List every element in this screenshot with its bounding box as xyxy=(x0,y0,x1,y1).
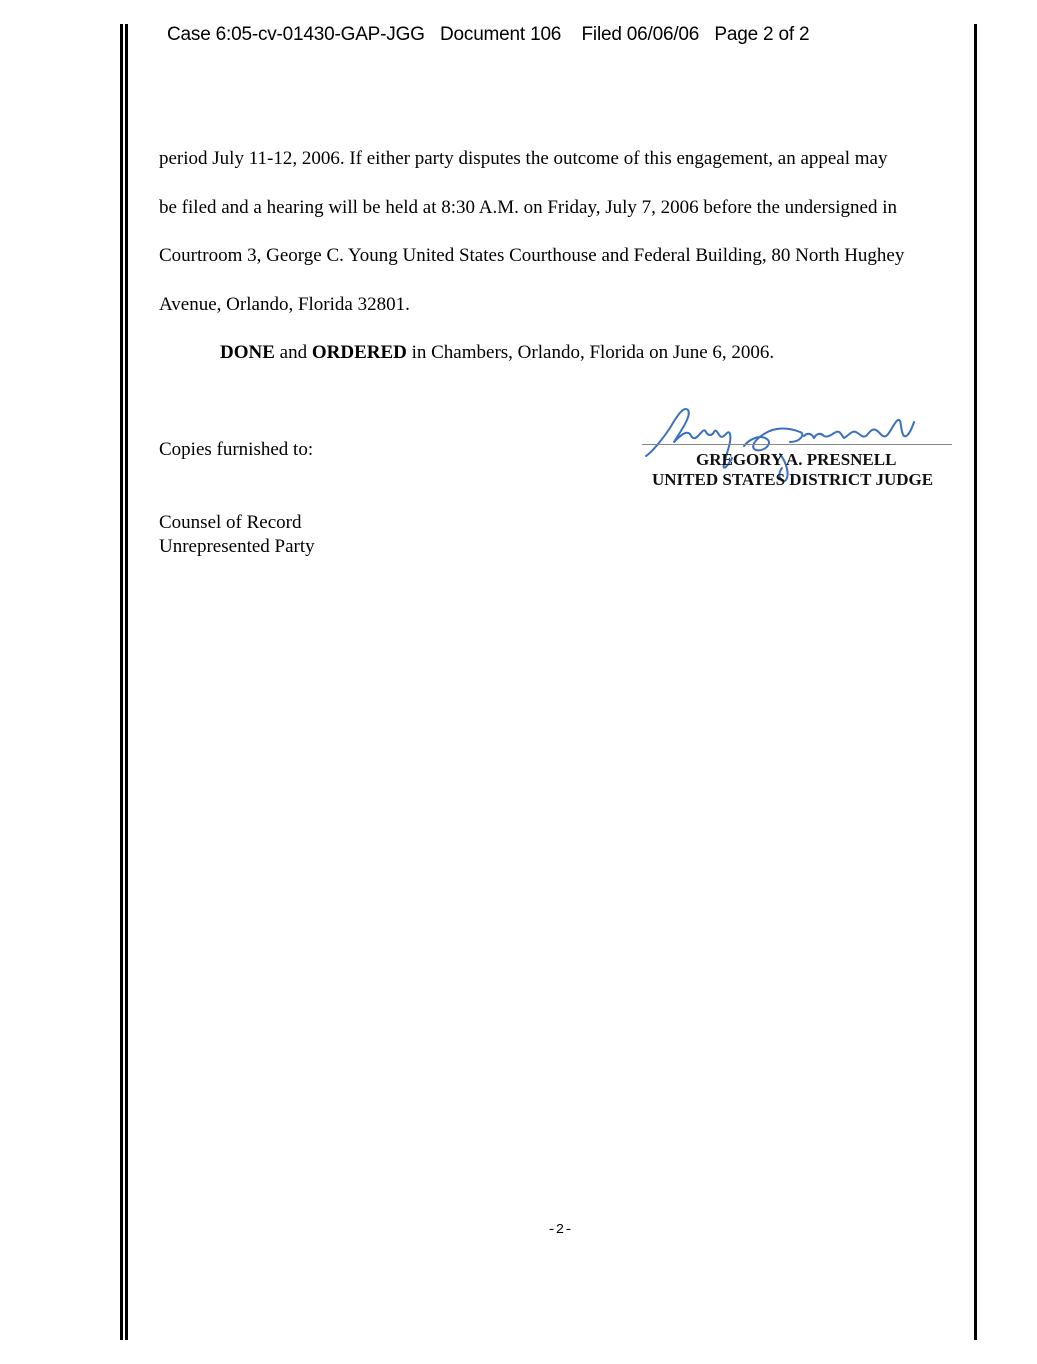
page-indicator: Page 2 of 2 xyxy=(714,24,809,45)
signature-block: GREGORY A. PRESNELL UNITED STATES DISTRI… xyxy=(640,392,960,492)
recipient: Counsel of Record xyxy=(159,511,315,535)
done-and-ordered: DONE and ORDERED in Chambers, Orlando, F… xyxy=(220,342,774,364)
done-rest: in Chambers, Orlando, Florida on June 6,… xyxy=(407,342,774,363)
body-line: Avenue, Orlando, Florida 32801. xyxy=(159,294,410,316)
left-margin-bar-outer xyxy=(120,24,123,1340)
judge-name: GREGORY A. PRESNELL xyxy=(696,450,896,470)
body-line: period July 11-12, 2006. If either party… xyxy=(159,148,888,170)
filing-header: Case 6:05-cv-01430-GAP-JGG Document 106 … xyxy=(167,24,809,46)
document-number: Document 106 xyxy=(440,24,561,45)
judge-title: UNITED STATES DISTRICT JUDGE xyxy=(652,470,933,490)
done-and: and xyxy=(275,342,312,363)
copies-label: Copies furnished to: xyxy=(159,439,313,461)
right-margin-bar xyxy=(974,24,977,1340)
ordered-bold: ORDERED xyxy=(312,342,407,363)
recipients-list: Counsel of Record Unrepresented Party xyxy=(159,511,315,559)
recipient: Unrepresented Party xyxy=(159,535,315,559)
left-margin-bar-inner xyxy=(125,24,128,1340)
page-number: -2- xyxy=(0,1222,1037,1238)
case-number: Case 6:05-cv-01430-GAP-JGG xyxy=(167,24,425,45)
body-line: be filed and a hearing will be held at 8… xyxy=(159,197,897,219)
signature-line xyxy=(642,444,952,445)
filed-date: Filed 06/06/06 xyxy=(582,24,700,45)
body-line: Courtroom 3, George C. Young United Stat… xyxy=(159,245,904,267)
done-bold: DONE xyxy=(220,342,275,363)
